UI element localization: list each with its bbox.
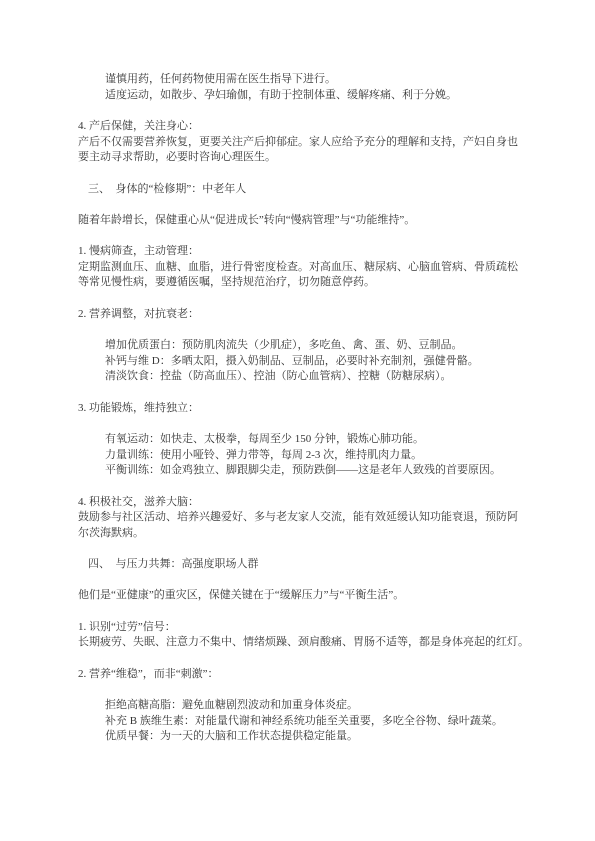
text-line: 2. 营养“维稳”，而非“刺激”： xyxy=(78,667,518,683)
text-line: 要主动寻求帮助，必要时咨询心理医生。 xyxy=(78,150,518,166)
section-3-heading: 三、 身体的“检修期”：中老年人 xyxy=(78,182,518,198)
text-line: 有氧运动：如快走、太极拳，每周至少 150 分钟，锻炼心肺功能。 xyxy=(78,432,518,448)
nutrition-adjustment-sublist: 增加优质蛋白：预防肌肉流失（少肌症），多吃鱼、禽、蛋、奶、豆制品。补钙与维 D：… xyxy=(78,338,518,385)
section-3-intro: 随着年龄增长，保健重心从“促进成长”转向“慢病管理”与“功能维持”。 xyxy=(78,213,518,229)
text-line: 平衡训练：如金鸡独立、脚跟脚尖走，预防跌倒——这是老年人致残的首要原因。 xyxy=(78,463,518,479)
text-line: 拒绝高糖高脂：避免血糖剧烈波动和加重身体炎症。 xyxy=(78,698,518,714)
text-line: 尔茨海默病。 xyxy=(78,526,518,542)
item-1-chronic-disease-screening: 1. 慢病筛查，主动管理：定期监测血压、血糖、血脂，进行骨密度检查。对高血压、糖… xyxy=(78,244,518,291)
section-4-intro: 他们是“亚健康”的重灾区，保健关键在于“缓解压力”与“平衡生活”。 xyxy=(78,588,518,604)
text-line: 力量训练：使用小哑铃、弹力带等，每周 2-3 次，维持肌肉力量。 xyxy=(78,448,518,464)
pregnancy-tips-continued: 谨慎用药，任何药物使用需在医生指导下进行。适度运动，如散步、孕妇瑜伽，有助于控制… xyxy=(78,72,518,103)
functional-exercise-sublist: 有氧运动：如快走、太极拳，每周至少 150 分钟，锻炼心肺功能。力量训练：使用小… xyxy=(78,432,518,479)
text-line: 3. 功能锻炼，维持独立： xyxy=(78,401,518,417)
text-line: 补钙与维 D：多晒太阳，摄入奶制品、豆制品，必要时补充制剂，强健骨骼。 xyxy=(78,354,518,370)
text-line: 2. 营养调整，对抗衰老： xyxy=(78,307,518,323)
nutrition-stability-sublist: 拒绝高糖高脂：避免血糖剧烈波动和加重身体炎症。补充 B 族维生素：对能量代谢和神… xyxy=(78,698,518,745)
text-line: 长期疲劳、失眠、注意力不集中、情绪烦躁、颈肩酸痛、胃肠不适等，都是身体亮起的红灯… xyxy=(78,635,518,651)
text-line: 谨慎用药，任何药物使用需在医生指导下进行。 xyxy=(78,72,518,88)
section-4-heading: 四、 与压力共舞：高强度职场人群 xyxy=(78,557,518,573)
item-4-postpartum-care: 4. 产后保健，关注身心：产后不仅需要营养恢复，更要关注产后抑郁症。家人应给予充… xyxy=(78,119,518,166)
item-3-functional-exercise: 3. 功能锻炼，维持独立： xyxy=(78,401,518,417)
document-body: 谨慎用药，任何药物使用需在医生指导下进行。适度运动，如散步、孕妇瑜伽，有助于控制… xyxy=(78,72,518,745)
text-line: 鼓励参与社区活动、培养兴趣爱好、多与老友家人交流，能有效延缓认知功能衰退，预防阿 xyxy=(78,510,518,526)
text-line: 他们是“亚健康”的重灾区，保健关键在于“缓解压力”与“平衡生活”。 xyxy=(78,588,518,604)
text-line: 等常见慢性病，要遵循医嘱，坚持规范治疗，切勿随意停药。 xyxy=(78,275,518,291)
text-line: 三、 身体的“检修期”：中老年人 xyxy=(78,182,518,198)
text-line: 1. 慢病筛查，主动管理： xyxy=(78,244,518,260)
item-2-nutrition-stability: 2. 营养“维稳”，而非“刺激”： xyxy=(78,667,518,683)
document-page: 谨慎用药，任何药物使用需在医生指导下进行。适度运动，如散步、孕妇瑜伽，有助于控制… xyxy=(0,0,595,841)
text-line: 产后不仅需要营养恢复，更要关注产后抑郁症。家人应给予充分的理解和支持，产妇自身也 xyxy=(78,135,518,151)
text-line: 补充 B 族维生素：对能量代谢和神经系统功能至关重要，多吃全谷物、绿叶蔬菜。 xyxy=(78,714,518,730)
text-line: 定期监测血压、血糖、血脂，进行骨密度检查。对高血压、糖尿病、心脑血管病、骨质疏松 xyxy=(78,260,518,276)
text-line: 优质早餐：为一天的大脑和工作状态提供稳定能量。 xyxy=(78,729,518,745)
text-line: 清淡饮食：控盐（防高血压）、控油（防心血管病）、控糖（防糖尿病）。 xyxy=(78,369,518,385)
text-line: 四、 与压力共舞：高强度职场人群 xyxy=(78,557,518,573)
item-4-social-engagement: 4. 积极社交，滋养大脑：鼓励参与社区活动、培养兴趣爱好、多与老友家人交流，能有… xyxy=(78,495,518,542)
text-line: 4. 积极社交，滋养大脑： xyxy=(78,495,518,511)
text-line: 适度运动，如散步、孕妇瑜伽，有助于控制体重、缓解疼痛、利于分娩。 xyxy=(78,88,518,104)
item-2-nutrition-adjustment: 2. 营养调整，对抗衰老： xyxy=(78,307,518,323)
text-line: 增加优质蛋白：预防肌肉流失（少肌症），多吃鱼、禽、蛋、奶、豆制品。 xyxy=(78,338,518,354)
text-line: 1. 识别“过劳”信号： xyxy=(78,620,518,636)
text-line: 随着年龄增长，保健重心从“促进成长”转向“慢病管理”与“功能维持”。 xyxy=(78,213,518,229)
text-line: 4. 产后保健，关注身心： xyxy=(78,119,518,135)
item-1-overwork-signals: 1. 识别“过劳”信号：长期疲劳、失眠、注意力不集中、情绪烦躁、颈肩酸痛、胃肠不… xyxy=(78,620,518,651)
